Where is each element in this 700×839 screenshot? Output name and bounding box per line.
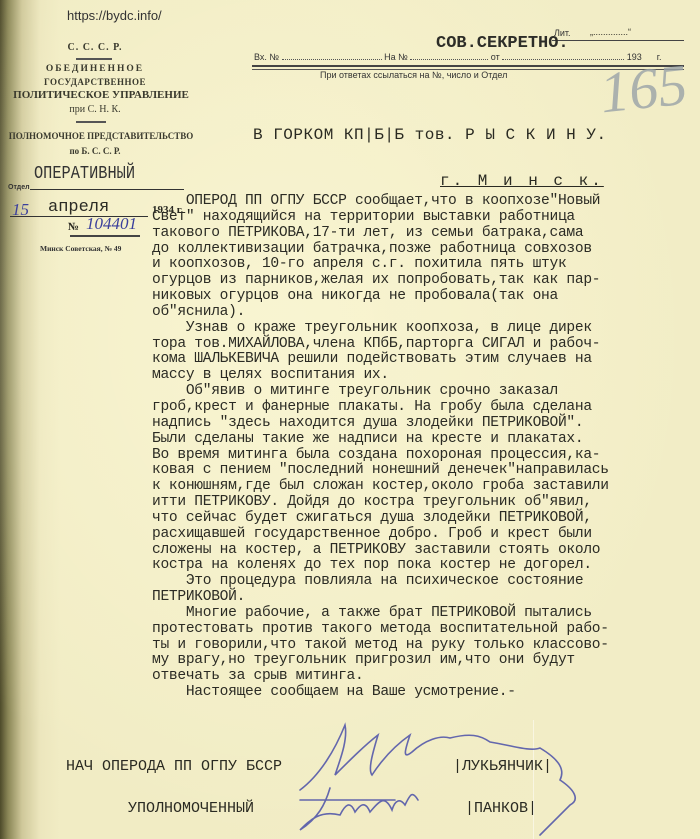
body-line: ПЕТРИКОВОЙ. <box>152 590 700 606</box>
lit-value: „..............“ <box>590 27 631 37</box>
body-line: сложены на костер, а ПЕТРИКОВУ заставили… <box>152 543 700 559</box>
letterhead-org-line1: ОБЕДИНЕННОЕ <box>0 64 190 74</box>
body-line: гроб,крест и фанерные плакаты. На гробу … <box>152 400 700 416</box>
divider <box>76 58 112 60</box>
body-line: к конюшням,где был сложан костер,около г… <box>152 479 700 495</box>
body-line: Узнав о краже треугольник коопхоза, в ли… <box>152 321 700 337</box>
watermark-url: https://bydc.info/ <box>67 8 162 23</box>
letter-body: ОПЕРОД ПП ОГПУ БССР сообщает,что в коопх… <box>152 194 700 701</box>
body-line: Об"явив о митинге треугольник срочно зак… <box>152 384 700 400</box>
body-line: об"яснила). <box>152 305 700 321</box>
incoming-field <box>282 59 382 60</box>
letterhead-org-line3: ПОЛИТИЧЕСКОЕ УПРАВЛЕНИЕ <box>6 89 196 101</box>
paper-fold <box>533 720 534 839</box>
letterhead-country: С. С. С. Р. <box>0 42 190 53</box>
body-line: Это процедура повлияла на психическое со… <box>152 574 700 590</box>
body-line: му врагу,но треугольник пригрозил им,что… <box>152 653 700 669</box>
letterhead-org-line4: при С. Н. К. <box>0 104 190 115</box>
body-line: расхищавшей государственное добро. Гроб … <box>152 527 700 543</box>
body-line: кома ШАЛЬКЕВИЧА решили подействовать эти… <box>152 352 700 368</box>
body-line: Многие рабочие, а также брат ПЕТРИКОВОЙ … <box>152 606 700 622</box>
letterhead-rep-line2: по Б. С. С. Р. <box>0 146 190 156</box>
divider <box>30 189 184 190</box>
body-line: итти ПЕТРИКОВУ. Дойдя до костра треуголь… <box>152 495 700 511</box>
signatory-1-title: НАЧ ОПЕРОДА ПП ОГПУ БССР <box>66 758 282 775</box>
addressee: В ГОРКОМ КП|Б|Б тов. Р Ы С К И Н У. <box>253 126 607 144</box>
body-line: до коллективизации батрачка,позже работн… <box>152 242 700 258</box>
letterhead-rep-line1: ПОЛНОМОЧНОЕ ПРЕДСТАВИТЕЛЬСТВО <box>6 131 196 141</box>
body-line: что сейчас будет сжигаться душа злодейки… <box>152 511 700 527</box>
body-line: Свет" находящийся на территории выставки… <box>152 210 700 226</box>
ref-field <box>410 59 488 60</box>
signatory-2-name: |ПАНКОВ| <box>465 800 537 817</box>
body-line: ковая с пением "последний нонешний денеч… <box>152 463 700 479</box>
body-line: Настоящее сообщаем на Ваше усмотрение.- <box>152 685 700 701</box>
department-label: Отдел <box>8 184 30 191</box>
body-line: такового ПЕТРИКОВА,17-ти лет, из семьи б… <box>152 226 700 242</box>
reg-number-label: № <box>68 221 79 233</box>
reg-number-value: 104401 <box>86 214 137 234</box>
letterhead-org-line2: ГОСУДАРСТВЕННОЕ <box>0 77 190 87</box>
incoming-label: Вх. № <box>254 52 279 62</box>
body-line: огурцов из парников,желая их попробовать… <box>152 273 700 289</box>
body-line: никовых огурцов она никогда не пробовала… <box>152 289 700 305</box>
body-line: отвечать за срыв митинга. <box>152 669 700 685</box>
body-line: костра на коленях до тех пор пока костер… <box>152 558 700 574</box>
body-line: надпись "здесь находится душа злодейки П… <box>152 416 700 432</box>
body-line: Во время митинга была создана похороная … <box>152 448 700 464</box>
divider <box>76 121 106 123</box>
body-line: массу в целях воспитания их. <box>152 368 700 384</box>
divider <box>552 40 684 41</box>
classification-stamp: СОВ.СЕКРЕТНО. <box>436 34 569 53</box>
letterhead-address: Минск Советская, № 49 <box>40 244 121 253</box>
date-day: 15 <box>12 200 29 220</box>
department-value: ОПЕРАТИВНЫЙ <box>34 164 135 184</box>
city: г. М и н с к. <box>440 172 604 190</box>
signatory-1-name: |ЛУКЬЯНЧИК| <box>453 758 552 775</box>
archive-page-number: 165 <box>597 51 691 127</box>
body-line: и коопхозов, 10-го апреля с.г. похитила … <box>152 257 700 273</box>
ref-label: На № <box>384 52 408 62</box>
from-label: от <box>491 52 500 62</box>
body-line: Были сделаны такие же надписи на кресте … <box>152 432 700 448</box>
signatory-2-title: УПОЛНОМОЧЕННЫЙ <box>128 800 254 817</box>
body-line: протестовать против такого метода воспит… <box>152 622 700 638</box>
body-line: ОПЕРОД ПП ОГПУ БССР сообщает,что в коопх… <box>152 194 700 210</box>
divider <box>70 235 140 237</box>
reply-note: При ответах ссылаться на №, число и Отде… <box>320 70 507 80</box>
